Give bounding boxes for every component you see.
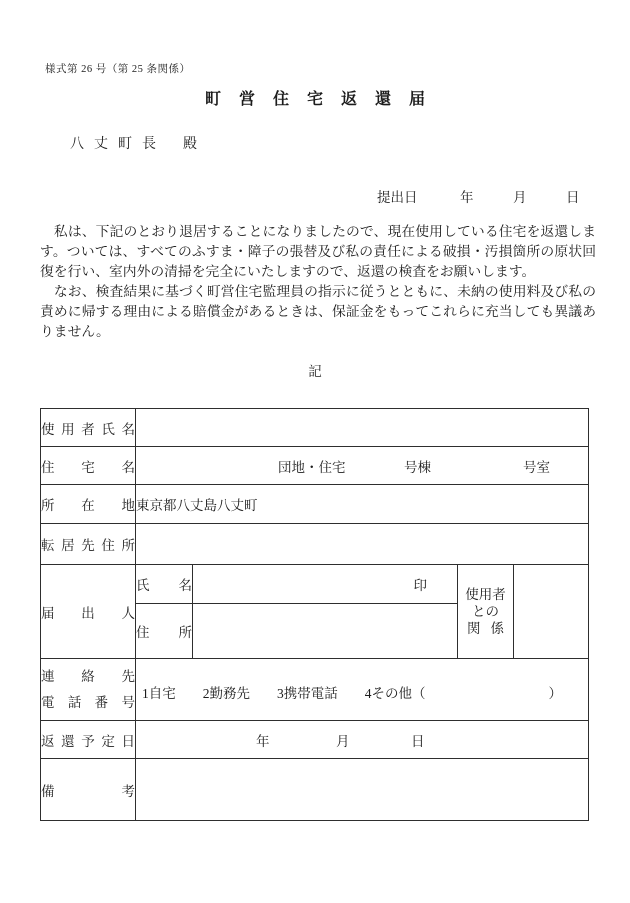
- location-label: 所在地: [41, 485, 136, 524]
- return-form-table: 使用者氏名 住宅名 団地・住宅 号棟 号室 所在地 東京都八丈島八丈町 転居先住…: [40, 408, 589, 821]
- contact-label-line-2: 電話番号: [41, 690, 135, 716]
- applicant-name-value: 印: [193, 565, 458, 604]
- contact-options: 1自宅 2勤務先 3携帯電話 4その他（ ）: [136, 677, 588, 703]
- contact-options-text: 1自宅 2勤務先 3携帯電話 4その他（: [142, 685, 426, 703]
- addressee-line: 八丈町長殿: [70, 133, 197, 153]
- room-number-label: 号室: [523, 456, 550, 476]
- page-title: 町営住宅返還届: [0, 86, 630, 109]
- remarks-value: [136, 759, 589, 821]
- contact-close-paren: ）: [549, 685, 563, 703]
- return-date-month-label: 月: [336, 730, 350, 750]
- paragraph-1: 私は、下記のとおり退居することになりましたので、現在使用している住宅を返還します…: [40, 222, 596, 282]
- contact-label: 連絡先 電話番号: [41, 659, 136, 721]
- return-date-day-label: 日: [411, 730, 425, 750]
- note-heading: 記: [0, 360, 630, 380]
- row-new-address: 転居先住所: [41, 524, 589, 565]
- submit-date-year-label: 年: [460, 186, 474, 206]
- applicant-relation-label: 使用者 との 関係: [458, 565, 514, 659]
- new-address-label: 転居先住所: [41, 524, 136, 565]
- applicant-address-label: 住所: [136, 604, 193, 659]
- seal-label: 印: [414, 574, 428, 594]
- housing-name-label: 住宅名: [41, 447, 136, 485]
- row-housing-name: 住宅名 団地・住宅 号棟 号室: [41, 447, 589, 485]
- user-name-label: 使用者氏名: [41, 409, 136, 447]
- remarks-label: 備考: [41, 759, 136, 821]
- applicant-name-label: 氏名: [136, 565, 193, 604]
- row-user-name: 使用者氏名: [41, 409, 589, 447]
- document-page: 様式第 26 号（第 25 条関係） 町営住宅返還届 八丈町長殿 提出日 年 月…: [0, 0, 630, 903]
- submit-date-label: 提出日: [377, 186, 418, 206]
- honorific-label: 殿: [183, 137, 197, 152]
- housing-name-value: 団地・住宅 号棟 号室: [136, 447, 589, 485]
- row-return-date: 返還予定日 年 月 日: [41, 721, 589, 759]
- return-date-label: 返還予定日: [41, 721, 136, 759]
- new-address-value: [136, 524, 589, 565]
- row-contact: 連絡先 電話番号 1自宅 2勤務先 3携帯電話 4その他（ ）: [41, 659, 589, 721]
- form-number: 様式第 26 号（第 25 条関係）: [45, 61, 191, 76]
- row-applicant-name: 届出人 氏名 印 使用者 との 関係: [41, 565, 589, 604]
- paragraph-2: なお、検査結果に基づく町営住宅監理員の指示に従うとともに、未納の使用料及び私の責…: [40, 282, 596, 342]
- user-name-value: [136, 409, 589, 447]
- location-value: 東京都八丈島八丈町: [136, 485, 589, 524]
- contact-label-line-1: 連絡先: [41, 664, 135, 690]
- return-date-year-label: 年: [256, 730, 270, 750]
- relation-line-1: 使用者: [458, 586, 513, 603]
- return-date-value: 年 月 日: [136, 721, 589, 759]
- row-location: 所在地 東京都八丈島八丈町: [41, 485, 589, 524]
- applicant-address-value: [193, 604, 458, 659]
- body-text: 私は、下記のとおり退居することになりましたので、現在使用している住宅を返還します…: [40, 222, 596, 342]
- danchi-label: 団地・住宅: [278, 456, 346, 476]
- building-number-label: 号棟: [404, 456, 431, 476]
- submit-date-line: 提出日 年 月 日: [0, 186, 630, 204]
- relation-line-3: 関係: [458, 620, 513, 637]
- submit-date-month-label: 月: [513, 186, 527, 206]
- applicant-label: 届出人: [41, 565, 136, 659]
- addressee-name: 八丈町長: [70, 137, 166, 152]
- relation-line-2: との: [458, 603, 513, 620]
- submit-date-day-label: 日: [566, 186, 580, 206]
- contact-value: 1自宅 2勤務先 3携帯電話 4その他（ ）: [136, 659, 589, 721]
- row-remarks: 備考: [41, 759, 589, 821]
- applicant-relation-value: [514, 565, 589, 659]
